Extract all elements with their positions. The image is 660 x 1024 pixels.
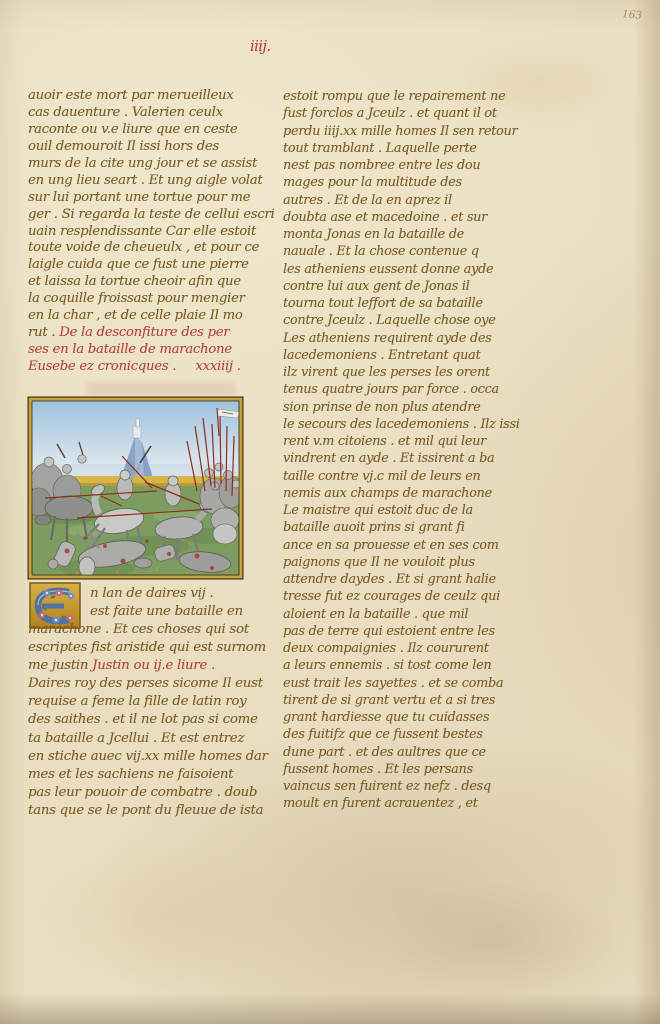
text-line: et laissa la tortue cheoir afin que xyxy=(28,274,252,291)
text-line: deux compaignies . Ilz coururent xyxy=(283,640,521,657)
text-line: pas de terre qui estoient entre les xyxy=(283,623,521,640)
text-line: nemis aux champs de marachone xyxy=(283,485,521,502)
text-line: ouil demouroit Il issi hors des xyxy=(28,139,252,156)
text-line: doubta ase et macedoine . et sur xyxy=(283,209,521,226)
text-line: Eusebe ez cronicques . xxxiiij . xyxy=(28,359,252,376)
text-line: me justin Justin ou ij.e liure . xyxy=(28,657,252,675)
text-line: tourna tout leffort de sa bataille xyxy=(283,295,521,312)
text-line: rut . De la desconfiture des per xyxy=(28,325,252,342)
text-line: taille contre vj.c mil de leurs en xyxy=(283,468,521,485)
text-line: le secours des lacedemoniens . Ilz issi xyxy=(283,416,521,433)
text-line: uain resplendissante Car elle estoit xyxy=(28,224,252,241)
text-line: murs de la cite ung jour et se assist xyxy=(28,156,252,173)
text-line: estoit rompu que le repairement ne xyxy=(283,88,521,105)
text-line: rent v.m citoiens . et mil qui leur xyxy=(283,433,521,450)
text-line: a leurs ennemis . si tost come len xyxy=(283,657,521,674)
parchment-stain xyxy=(30,840,290,990)
text-line: tenus quatre jours par force . occa xyxy=(283,381,521,398)
text-line: en ung lieu seart . Et ung aigle volat xyxy=(28,173,252,190)
text-line: des fuitifz que ce fussent bestes xyxy=(283,726,521,743)
text-line: contre Jceulz . Laquelle chose oye xyxy=(283,312,521,329)
text-line: ger . Si regarda la teste de cellui escr… xyxy=(28,207,252,224)
text-line: ta bataille a Jcellui . Et est entrez xyxy=(28,730,252,748)
folio-number: 163 xyxy=(622,8,643,21)
battle-miniature xyxy=(27,396,244,580)
text-line: eust trait les sayettes . et se comba xyxy=(283,675,521,692)
text-line: bataille auoit prins si grant fi xyxy=(283,519,521,536)
text-line: Daires roy des perses sicome Il eust xyxy=(28,675,252,693)
battle-scene-illustration xyxy=(27,396,244,580)
text-line: fust forclos a Jceulz . et quant il ot xyxy=(283,105,521,122)
parchment-stain xyxy=(380,880,620,1000)
text-line: attendre daydes . Et si grant halie xyxy=(283,571,521,588)
text-line: tirent de si grant vertu et a si tres xyxy=(283,692,521,709)
text-line: dune part . et des aultres que ce xyxy=(283,744,521,761)
text-line: tans que se le pont du fleuue de ista xyxy=(28,802,252,820)
text-line: sur lui portant une tortue pour me xyxy=(28,190,252,207)
text-line: Les atheniens requirent ayde des xyxy=(283,330,521,347)
text-line: nauale . Et la chose contenue q xyxy=(283,243,521,260)
text-line: paignons que Il ne vouloit plus xyxy=(283,554,521,571)
text-line: ilz virent que les perses les orent xyxy=(283,364,521,381)
ink-offset-smudge xyxy=(86,382,236,396)
text-line: monta Jonas en la bataille de xyxy=(283,226,521,243)
text-line: mages pour la multitude des xyxy=(283,174,521,191)
text-line: escriptes fist aristide qui est surnom xyxy=(28,639,252,657)
quire-mark: iiij. xyxy=(250,39,271,55)
text-line: vindrent en ayde . Et issirent a ba xyxy=(283,450,521,467)
text-line: contre lui aux gent de Jonas il xyxy=(283,278,521,295)
text-line: en stiche auec vij.xx mille homes dar xyxy=(28,748,252,766)
text-line: grant hardiesse que tu cuidasses xyxy=(283,709,521,726)
text-line: cas dauenture . Valerien ceulx xyxy=(28,105,252,122)
text-line: requise a feme la fille de latin roy xyxy=(28,693,252,711)
text-line: laigle cuida que ce fust une pierre xyxy=(28,257,252,274)
text-line: vaincus sen fuirent ez nefz . desq xyxy=(283,778,521,795)
text-line: Le maistre qui estoit duc de la xyxy=(283,502,521,519)
text-line: est faite une bataille en xyxy=(90,603,252,621)
text-line: fussent homes . Et les persans xyxy=(283,761,521,778)
text-line: auoir este mort par merueilleux xyxy=(28,88,252,105)
text-line: tout tramblant . Laquelle perte xyxy=(283,140,521,157)
text-line: perdu iiij.xx mille homes Il sen retour xyxy=(283,123,521,140)
text-line: autres . Et de la en aprez il xyxy=(283,192,521,209)
text-line: raconte ou v.e liure que en ceste xyxy=(28,122,252,139)
text-line: toute voide de cheueulx , et pour ce xyxy=(28,240,252,257)
text-line: lacedemoniens . Entretant quat xyxy=(283,347,521,364)
text-line: en la char , et de celle plaie Il mo xyxy=(28,308,252,325)
text-line: n lan de daires vij . xyxy=(90,585,252,603)
text-line: ses en la bataille de marachone xyxy=(28,342,252,359)
left-column-text: auoir este mort par merueilleuxcas dauen… xyxy=(28,88,252,376)
text-line: pas leur pouoir de combatre . doub xyxy=(28,784,252,802)
text-line: tresse fut ez courages de ceulz qui xyxy=(283,588,521,605)
text-line: sion prinse de non plus atendre xyxy=(283,399,521,416)
left-column-paragraph: marachone . Et ces choses qui sotescript… xyxy=(28,621,252,820)
text-line: ance en sa prouesse et en ses com xyxy=(283,537,521,554)
manuscript-page: iiij. 163 auoir este mort par merueilleu… xyxy=(0,0,660,1024)
text-line: des saithes . et il ne lot pas si come xyxy=(28,711,252,729)
text-line: marachone . Et ces choses qui sot xyxy=(28,621,252,639)
right-column-text: estoit rompu que le repairement nefust f… xyxy=(283,88,521,813)
text-line: aloient en la bataille . que mil xyxy=(283,606,521,623)
text-line: les atheniens eussent donne ayde xyxy=(283,261,521,278)
left-column-paragraph-indented: n lan de daires vij .est faite une batai… xyxy=(90,585,252,621)
text-line: nest pas nombree entre les dou xyxy=(283,157,521,174)
text-line: mes et les sachiens ne faisoient xyxy=(28,766,252,784)
text-line: moult en furent acrauentez , et xyxy=(283,795,521,812)
text-line: la coquille froissast pour mengier xyxy=(28,291,252,308)
